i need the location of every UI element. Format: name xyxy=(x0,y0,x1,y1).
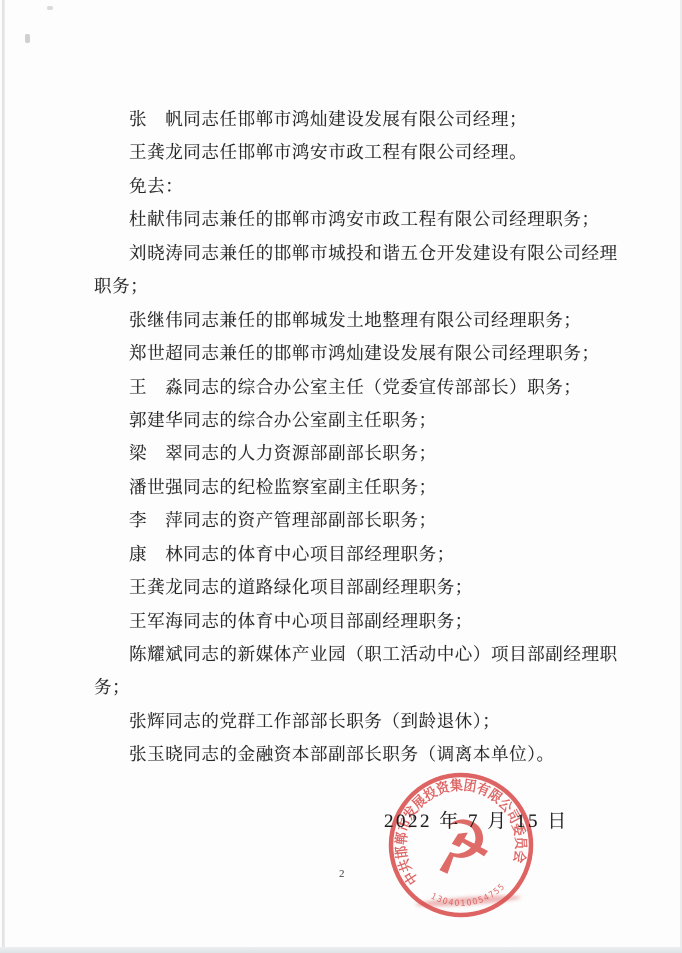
scan-edge-left xyxy=(2,0,5,953)
document-line: 潘世强同志的纪检监察室副主任职务； xyxy=(94,471,616,504)
document-line: 免去： xyxy=(94,170,616,203)
document-line: 梁 翠同志的人力资源部副部长职务； xyxy=(94,437,616,470)
scan-edge-bottom xyxy=(0,947,682,953)
document-line: 张继伟同志兼任的邯郸城发土地整理有限公司经理职务； xyxy=(94,304,616,337)
document-line: 张 帆同志任邯郸市鸿灿建设发展有限公司经理； xyxy=(94,103,616,136)
document-line: 李 萍同志的资产管理部副部长职务； xyxy=(94,504,616,537)
document-line: 王军海同志的体育中心项目部副经理职务； xyxy=(94,605,616,638)
document-line: 刘晓涛同志兼任的邯郸市城投和谐五仓开发建设有限公司经理 xyxy=(94,237,616,270)
document-line: 郑世超同志兼任的邯郸市鸿灿建设发展有限公司经理职务； xyxy=(94,337,616,370)
document-body: 张 帆同志任邯郸市鸿灿建设发展有限公司经理；王龚龙同志任邯郸市鸿安市政工程有限公… xyxy=(94,103,616,772)
document-page: 张 帆同志任邯郸市鸿灿建设发展有限公司经理；王龚龙同志任邯郸市鸿安市政工程有限公… xyxy=(0,0,682,953)
document-line: 王龚龙同志的道路绿化项目部副经理职务； xyxy=(94,571,616,604)
document-line: 王 淼同志的综合办公室主任（党委宣传部部长）职务； xyxy=(94,371,616,404)
document-date: 2022 年 7 月 15 日 xyxy=(384,806,569,833)
page-number: 2 xyxy=(339,868,345,880)
official-seal: 中共邯郸市发展投资集团有限公司委员会 ☭ 1304010054755 xyxy=(373,757,549,933)
document-line: 王龚龙同志任邯郸市鸿安市政工程有限公司经理。 xyxy=(94,136,616,169)
document-line: 职务； xyxy=(94,270,616,303)
document-line: 陈耀斌同志的新媒体产业园（职工活动中心）项目部副经理职 xyxy=(94,638,616,671)
scan-artifact-speck xyxy=(47,6,53,10)
document-line: 康 林同志的体育中心项目部经理职务； xyxy=(94,538,616,571)
document-line: 张辉同志的党群工作部部长职务（到龄退休）； xyxy=(94,705,616,738)
document-line: 郭建华同志的综合办公室副主任职务； xyxy=(94,404,616,437)
scan-artifact-speck xyxy=(25,34,30,43)
document-line: 务； xyxy=(94,671,616,704)
document-line: 杜献伟同志兼任的邯郸市鸿安市政工程有限公司经理职务； xyxy=(94,203,616,236)
